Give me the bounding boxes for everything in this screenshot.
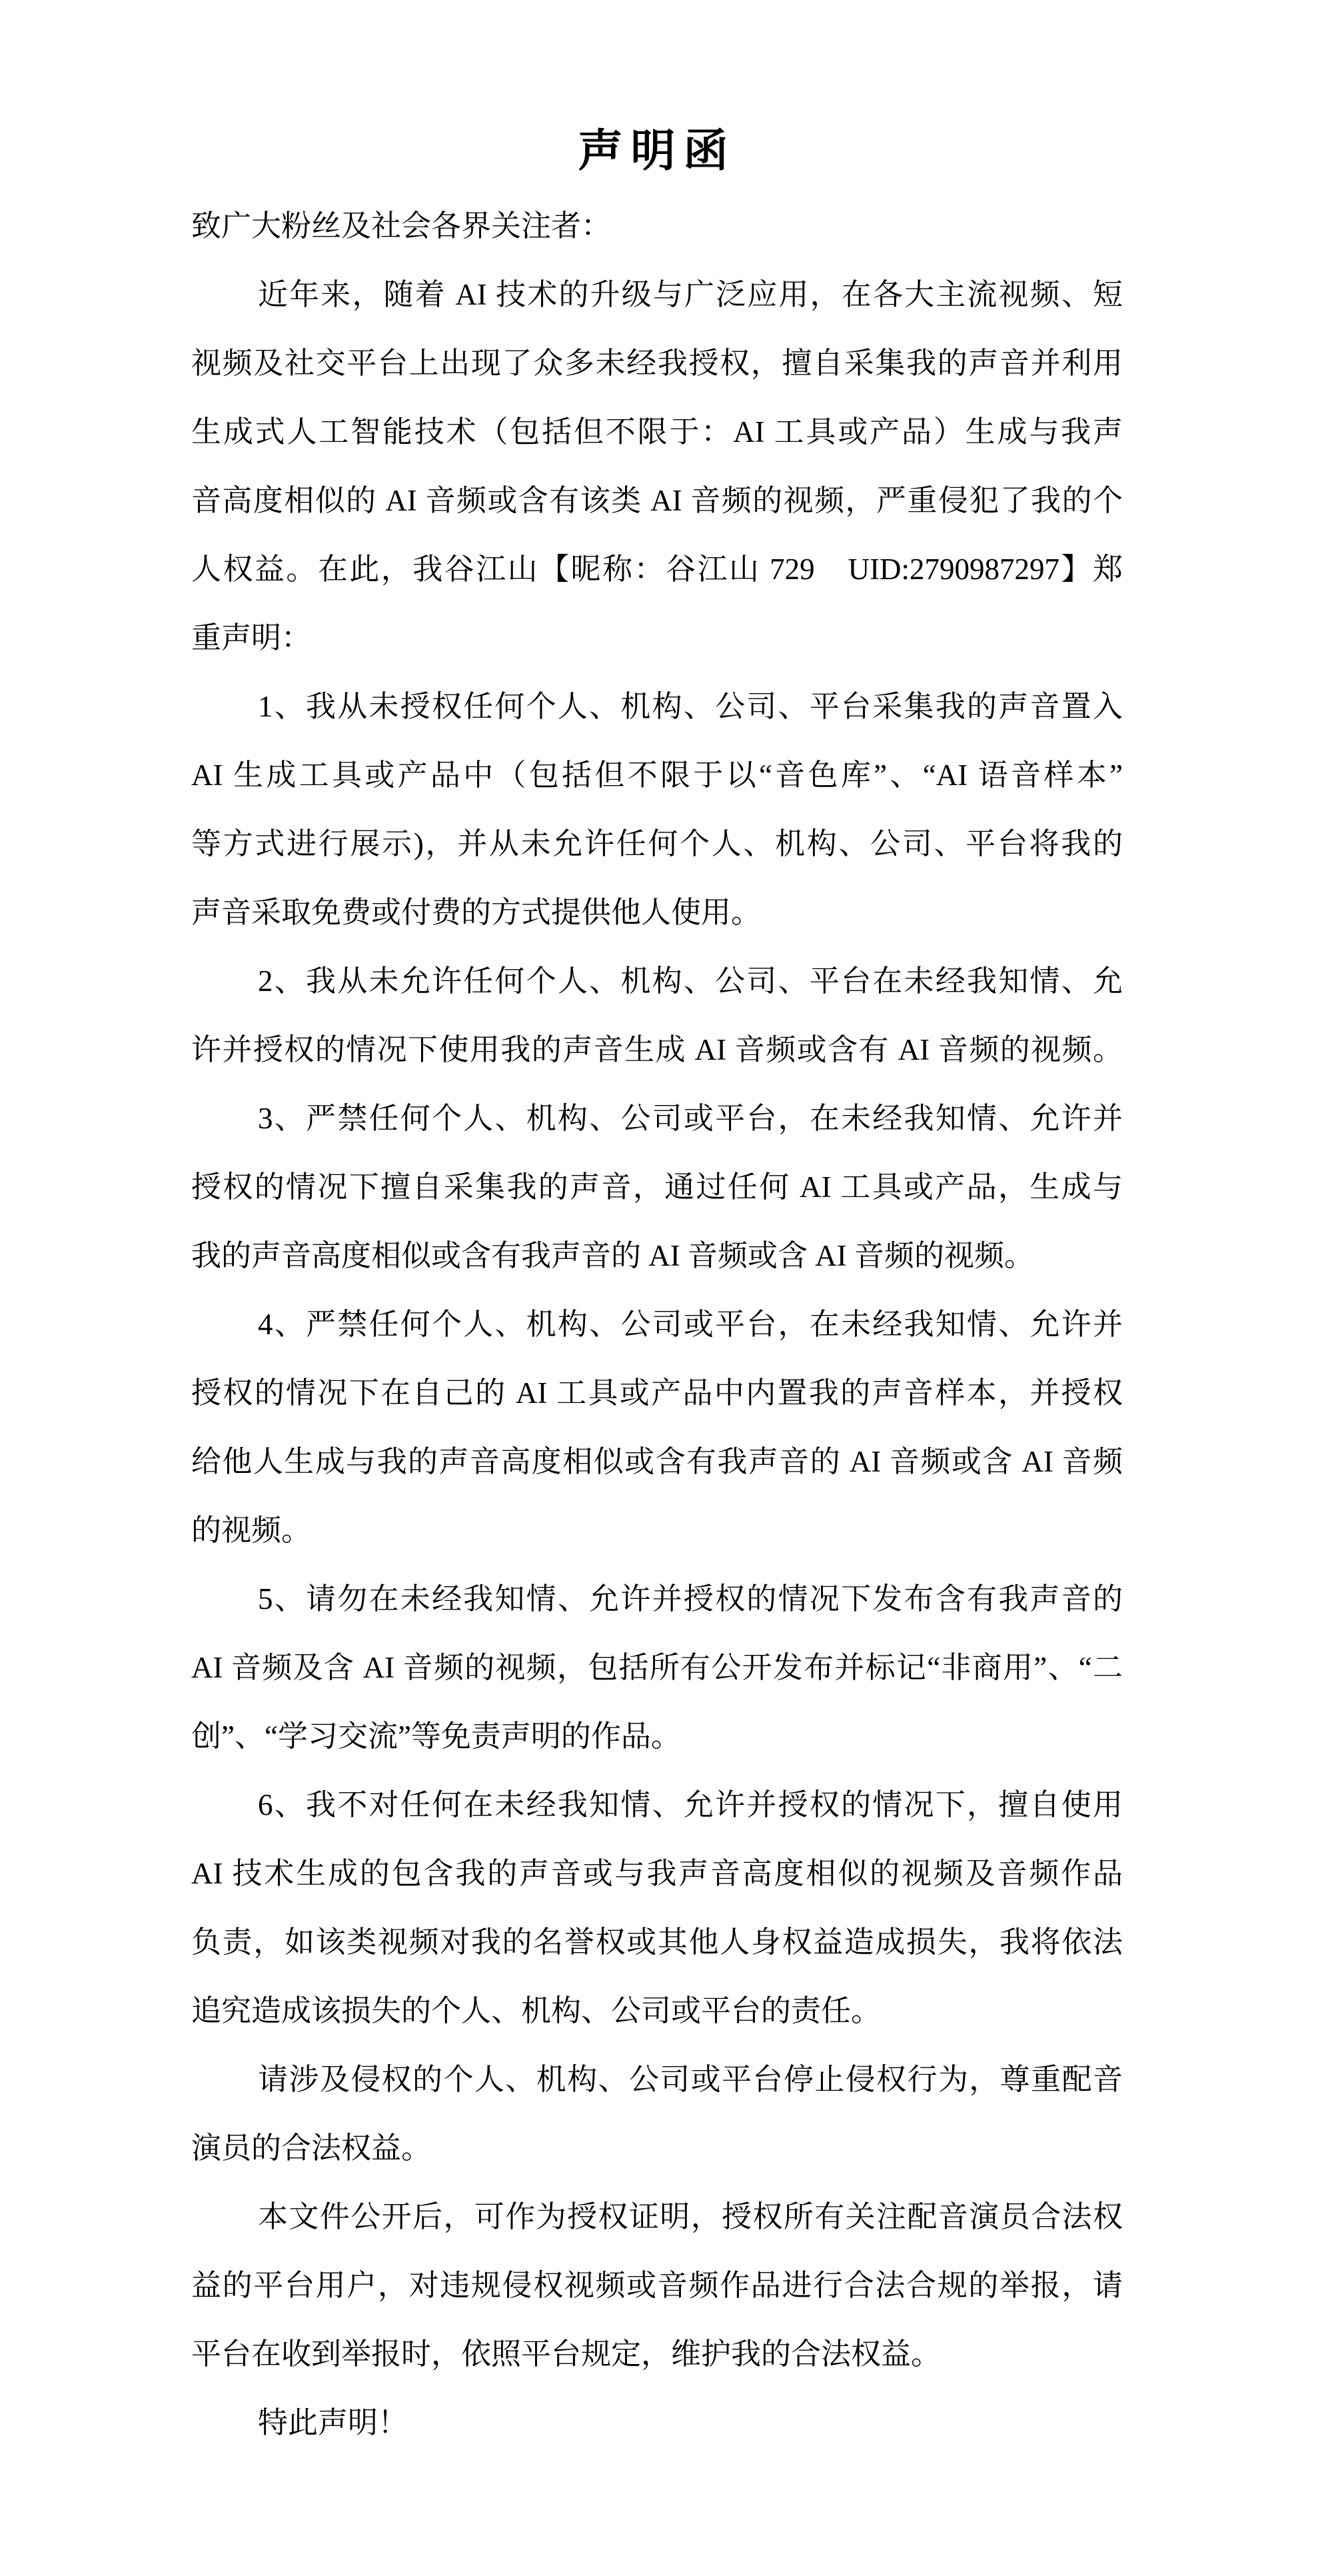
text-line: 5、请勿在未经我知情、允许并授权的情况下发布含有我声音的: [191, 1565, 1123, 1634]
text-line: 声音采取免费或付费的方式提供他人使用。: [191, 878, 1123, 947]
document-title: 声明函: [191, 125, 1123, 177]
text-line: 视频及社交平台上出现了众多未经我授权，擅自采集我的声音并利用: [191, 329, 1123, 398]
text-line: 1、我从未授权任何个人、机构、公司、平台采集我的声音置入: [191, 672, 1123, 741]
text-line: AI 生成工具或产品中（包括但不限于以“音色库”、“AI 语音样本”: [191, 741, 1123, 810]
text-line: 音高度相似的 AI 音频或含有该类 AI 音频的视频，严重侵犯了我的个: [191, 467, 1123, 535]
text-line: AI 技术生成的包含我的声音或与我声音高度相似的视频及音频作品: [191, 1840, 1123, 1908]
text-line: 请涉及侵权的个人、机构、公司或平台停止侵权行为，尊重配音: [191, 2045, 1123, 2114]
text-line: 本文件公开后，可作为授权证明，授权所有关注配音演员合法权: [191, 2183, 1123, 2251]
text-line: 重声明：: [191, 604, 1123, 672]
text-line: 生成式人工智能技术（包括但不限于：AI 工具或产品）生成与我声: [191, 398, 1123, 467]
text-line: AI 音频及含 AI 音频的视频，包括所有公开发布并标记“非商用”、“二: [191, 1634, 1123, 1702]
text-line: 等方式进行展示)，并从未允许任何个人、机构、公司、平台将我的: [191, 810, 1123, 878]
text-line: 4、严禁任何个人、机构、公司或平台，在未经我知情、允许并: [191, 1290, 1123, 1359]
text-line: 我的声音高度相似或含有我声音的 AI 音频或含 AI 音频的视频。: [191, 1222, 1123, 1290]
text-line: 近年来，随着 AI 技术的升级与广泛应用，在各大主流视频、短: [191, 261, 1123, 329]
text-line: 6、我不对任何在未经我知情、允许并授权的情况下，擅自使用: [191, 1771, 1123, 1840]
text-line: 3、严禁任何个人、机构、公司或平台，在未经我知情、允许并: [191, 1084, 1123, 1153]
text-line: 平台在收到举报时，依照平台规定，维护我的合法权益。: [191, 2320, 1123, 2389]
text-line: 创”、“学习交流”等免责声明的作品。: [191, 1702, 1123, 1771]
closing-line: 特此声明！: [191, 2389, 1123, 2457]
text-line: 人权益。在此，我谷江山【昵称：谷江山 729 UID:2790987297】郑: [191, 535, 1123, 604]
text-line: 2、我从未允许任何个人、机构、公司、平台在未经我知情、允: [191, 947, 1123, 1016]
text-line: 给他人生成与我的声音高度相似或含有我声音的 AI 音频或含 AI 音频: [191, 1428, 1123, 1496]
text-line: 许并授权的情况下使用我的声音生成 AI 音频或含有 AI 音频的视频。: [191, 1016, 1123, 1084]
text-line: 的视频。: [191, 1496, 1123, 1565]
text-line: 负责，如该类视频对我的名誉权或其他人身权益造成损失，我将依法: [191, 1908, 1123, 1977]
text-line: 益的平台用户，对违规侵权视频或音频作品进行合法合规的举报，请: [191, 2251, 1123, 2320]
document-page: 声明函 致广大粉丝及社会各界关注者： 近年来，随着 AI 技术的升级与广泛应用，…: [0, 0, 1322, 2576]
text-line: 授权的情况下在自己的 AI 工具或产品中内置我的声音样本，并授权: [191, 1359, 1123, 1428]
text-line: 演员的合法权益。: [191, 2114, 1123, 2183]
text-line: 追究造成该损失的个人、机构、公司或平台的责任。: [191, 1977, 1123, 2045]
text-line: 授权的情况下擅自采集我的声音，通过任何 AI 工具或产品，生成与: [191, 1153, 1123, 1222]
salutation-line: 致广大粉丝及社会各界关注者：: [191, 192, 1123, 261]
